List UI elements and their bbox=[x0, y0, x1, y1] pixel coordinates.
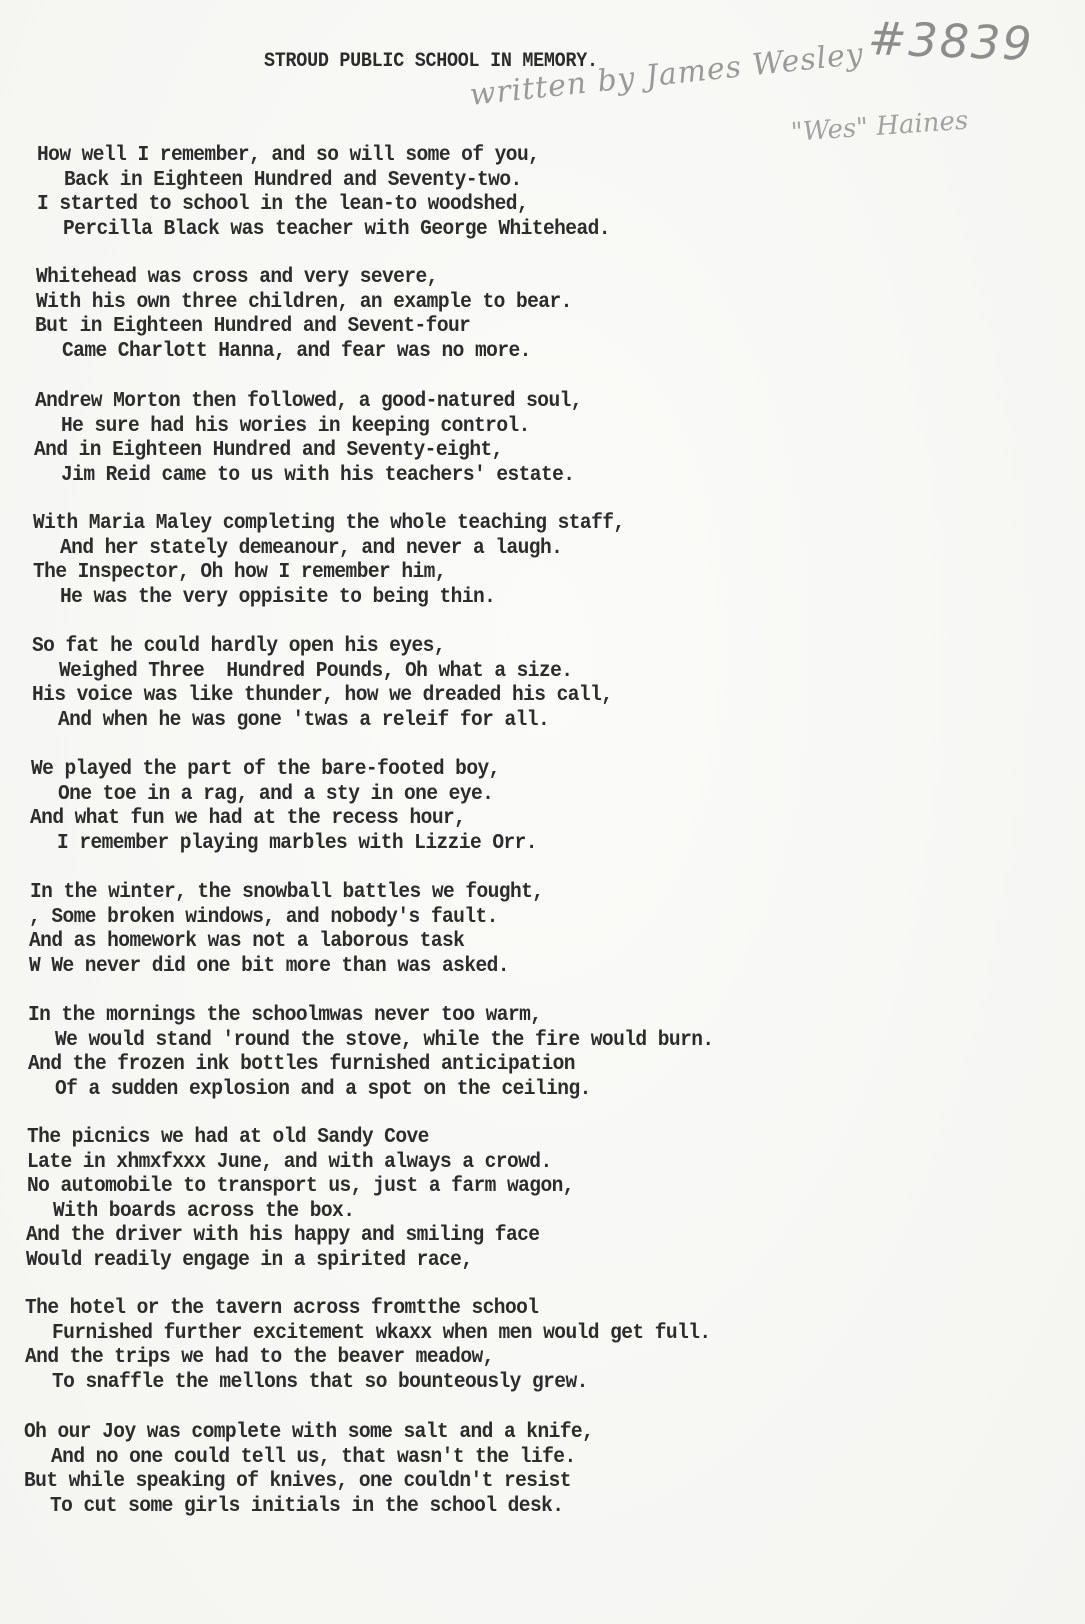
poem-line: , Some broken windows, and nobody's faul… bbox=[29, 906, 498, 930]
poem-line: With his own three children, an example … bbox=[36, 291, 572, 315]
poem-line: And what fun we had at the recess hour, bbox=[30, 807, 465, 831]
poem-line: With Maria Maley completing the whole te… bbox=[33, 512, 625, 536]
poem-line: And no one could tell us, that wasn't th… bbox=[51, 1446, 576, 1470]
poem-line: And as homework was not a laborous task bbox=[29, 930, 464, 954]
poem-line: The hotel or the tavern across fromtthe … bbox=[25, 1297, 538, 1321]
poem-line: So fat he could hardly open his eyes, bbox=[32, 635, 445, 659]
poem-line: And her stately demeanour, and never a l… bbox=[60, 537, 562, 561]
poem-line: I started to school in the lean-to woods… bbox=[37, 193, 528, 217]
poem-line: Of a sudden explosion and a spot on the … bbox=[55, 1078, 591, 1102]
handwritten-author-nickname: "Wes" Haines bbox=[790, 106, 969, 148]
poem-line: To snaffle the mellons that so bounteous… bbox=[52, 1371, 588, 1395]
poem-line: Whitehead was cross and very severe, bbox=[36, 266, 438, 290]
poem-line: One toe in a rag, and a sty in one eye. bbox=[58, 783, 493, 807]
document-number: #3839 bbox=[867, 11, 1034, 71]
poem-line: With boards across the box. bbox=[53, 1200, 354, 1224]
poem-line: And the driver with his happy and smilin… bbox=[26, 1224, 539, 1248]
poem-line: And the frozen ink bottles furnished ant… bbox=[28, 1053, 575, 1077]
poem-line: His voice was like thunder, how we dread… bbox=[32, 684, 612, 708]
poem-line: Andrew Morton then followed, a good-natu… bbox=[35, 390, 582, 414]
poem-line: Furnished further excitement wkaxx when … bbox=[52, 1322, 711, 1346]
handwritten-author-note: written by James Wesley bbox=[468, 37, 865, 113]
poem-line: Late in xhmxfxxx June, and with always a… bbox=[27, 1151, 552, 1175]
poem-line: I remember playing marbles with Lizzie O… bbox=[57, 832, 537, 856]
poem-line: To cut some girls initials in the school… bbox=[50, 1495, 563, 1519]
poem-line: The Inspector, Oh how I remember him, bbox=[33, 561, 446, 585]
poem-line: But in Eighteen Hundred and Sevent-four bbox=[35, 315, 470, 339]
poem-line: Oh our Joy was complete with some salt a… bbox=[24, 1421, 593, 1445]
poem-line: He sure had his wories in keeping contro… bbox=[61, 415, 530, 439]
poem-line: No automobile to transport us, just a fa… bbox=[27, 1175, 574, 1199]
poem-line: Back in Eighteen Hundred and Seventy-two… bbox=[64, 169, 522, 193]
poem-line: He was the very oppisite to being thin. bbox=[60, 586, 495, 610]
poem-line: In the mornings the schoolmwas never too… bbox=[28, 1004, 541, 1028]
poem-line: W We never did one bit more than was ask… bbox=[29, 955, 509, 979]
poem-line: The picnics we had at old Sandy Cove bbox=[27, 1126, 429, 1150]
poem-line: And when he was gone 'twas a releif for … bbox=[58, 709, 549, 733]
document-page: #3839 STROUD PUBLIC SCHOOL IN MEMORY. wr… bbox=[0, 0, 1085, 1624]
poem-line: And in Eighteen Hundred and Seventy-eigh… bbox=[34, 439, 503, 463]
poem-line: Percilla Black was teacher with George W… bbox=[63, 218, 610, 242]
poem-line: In the winter, the snowball battles we f… bbox=[30, 881, 543, 905]
poem-line: But while speaking of knives, one couldn… bbox=[24, 1470, 571, 1494]
poem-line: Jim Reid came to us with his teachers' e… bbox=[61, 464, 574, 488]
poem-line: Would readily engage in a spirited race, bbox=[26, 1249, 472, 1273]
poem-line: Weighed Three Hundred Pounds, Oh what a … bbox=[59, 660, 572, 684]
poem-line: And the trips we had to the beaver meado… bbox=[25, 1346, 494, 1370]
poem-line: How well I remember, and so will some of… bbox=[37, 144, 539, 168]
poem-line: We would stand 'round the stove, while t… bbox=[55, 1029, 714, 1053]
poem-line: We played the part of the bare-footed bo… bbox=[31, 758, 500, 782]
poem-line: Came Charlott Hanna, and fear was no mor… bbox=[62, 340, 531, 364]
